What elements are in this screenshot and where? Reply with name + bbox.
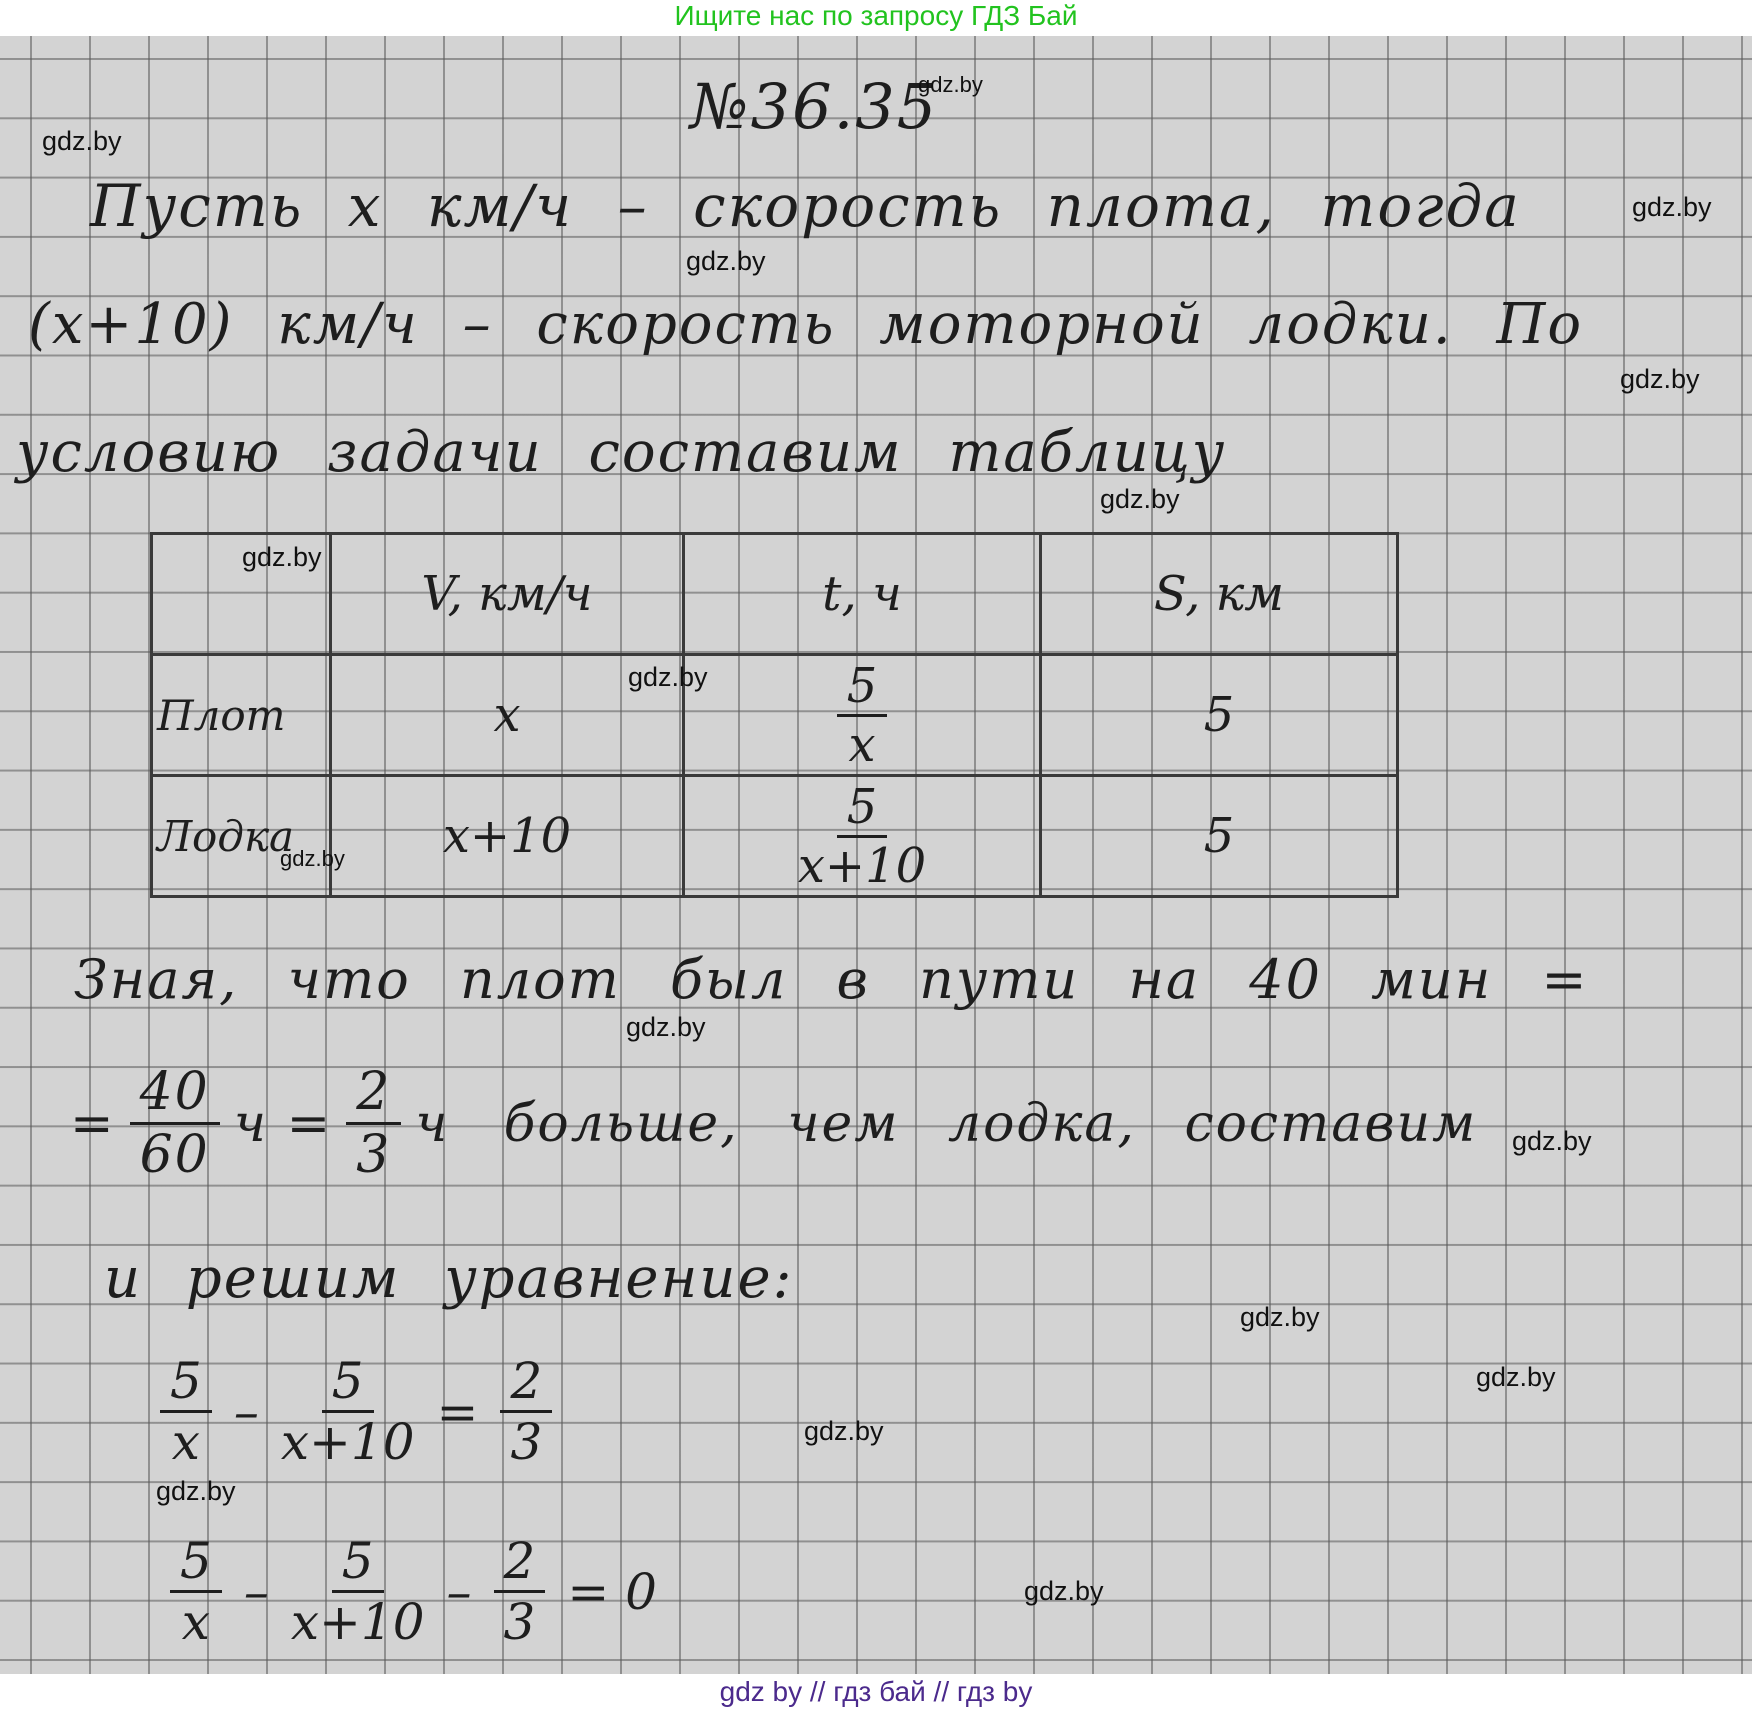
watermark: gdz.by [1240, 1302, 1320, 1333]
row-label: Плот [152, 655, 331, 776]
numerator: 5 [160, 1356, 212, 1413]
top-banner: Ищите нас по запросу ГДЗ Бай [0, 0, 1752, 36]
operator: – [234, 1383, 259, 1441]
numerator: 2 [494, 1536, 546, 1593]
solution-line-4: Зная, что плот был в пути на 40 мин = [74, 948, 1589, 1011]
numerator: 2 [500, 1356, 552, 1413]
denominator: x [848, 717, 875, 769]
fraction: 5 x [837, 662, 888, 769]
numerator: 5 [332, 1536, 384, 1593]
watermark: gdz.by [156, 1476, 236, 1507]
denominator: x+10 [281, 1413, 415, 1467]
notebook-page-scan: №36.35 Пусть x км/ч – скорость плота, то… [0, 36, 1752, 1674]
operator: – [244, 1563, 269, 1621]
watermark: gdz.by [1620, 364, 1700, 395]
fraction: 5 x [170, 1536, 222, 1647]
distance-cell: 5 [1041, 776, 1398, 897]
denominator: x [172, 1413, 200, 1467]
solution-line-5: = 40 60 ч = 2 3 ч больше, чем лодка, сос… [70, 1066, 1477, 1181]
numerator: 2 [346, 1066, 401, 1125]
watermark: gdz.by [1512, 1126, 1592, 1157]
fraction: 5 x+10 [798, 783, 926, 890]
equation-2: 5 x – 5 x+10 – 2 3 = 0 [170, 1536, 657, 1647]
time-cell: 5 x+10 [684, 776, 1041, 897]
watermark: gdz.by [626, 1012, 706, 1043]
watermark: gdz.by [1632, 192, 1712, 223]
table-header-cell: t, ч [684, 534, 1041, 655]
fraction: 5 x+10 [281, 1356, 415, 1467]
numerator: 5 [322, 1356, 374, 1413]
operator: = [437, 1383, 479, 1441]
equals-sign: = [70, 1094, 116, 1154]
watermark: gdz.by [628, 662, 708, 693]
unit-text: ч = [234, 1094, 332, 1154]
table-header-cell: S, км [1041, 534, 1398, 655]
denominator: x [182, 1593, 210, 1647]
distance-cell: 5 [1041, 655, 1398, 776]
watermark: gdz.by [280, 846, 345, 872]
numerator: 40 [130, 1066, 220, 1125]
unit-text: ч [415, 1094, 449, 1154]
watermark: gdz.by [1476, 1362, 1556, 1393]
denominator: 3 [356, 1125, 391, 1181]
table-header-row: V, км/ч t, ч S, км [152, 534, 1398, 655]
table-header-cell: V, км/ч [331, 534, 684, 655]
denominator: x+10 [291, 1593, 425, 1647]
solution-line-3: условию задачи составим таблицу [16, 420, 1226, 485]
watermark: gdz.by [1100, 484, 1180, 515]
equation-1: 5 x – 5 x+10 = 2 3 [160, 1356, 552, 1467]
watermark: gdz.by [242, 542, 322, 573]
fraction: 40 60 [130, 1066, 220, 1181]
denominator: 3 [504, 1593, 536, 1647]
equals-zero: = 0 [567, 1563, 657, 1621]
solution-line-2: (x+10) км/ч – скорость моторной лодки. П… [28, 292, 1583, 357]
watermark: gdz.by [42, 126, 122, 157]
time-cell: 5 x [684, 655, 1041, 776]
exercise-number: №36.35 [690, 70, 938, 143]
line-text: больше, чем лодка, составим [504, 1094, 1478, 1154]
fraction: 2 3 [346, 1066, 401, 1181]
denominator: 60 [140, 1125, 210, 1181]
numerator: 5 [837, 662, 888, 717]
watermark: gdz.by [918, 72, 983, 98]
operator: – [447, 1563, 472, 1621]
bottom-banner: gdz by // гдз бай // гдз by [0, 1674, 1752, 1710]
solution-line-1: Пусть x км/ч – скорость плота, тогда [90, 172, 1521, 240]
row-label: Лодка [152, 776, 331, 897]
numerator: 5 [170, 1536, 222, 1593]
denominator: 3 [510, 1413, 542, 1467]
data-table: V, км/ч t, ч S, км Плот x 5 x 5 Лодка x+… [150, 532, 1399, 898]
numerator: 5 [837, 783, 888, 838]
table-row: Лодка x+10 5 x+10 5 [152, 776, 1398, 897]
fraction: 5 x+10 [291, 1536, 425, 1647]
fraction: 5 x [160, 1356, 212, 1467]
solution-line-6: и решим уравнение: [104, 1246, 794, 1311]
fraction: 2 3 [494, 1536, 546, 1647]
table-row: Плот x 5 x 5 [152, 655, 1398, 776]
fraction: 2 3 [500, 1356, 552, 1467]
watermark: gdz.by [804, 1416, 884, 1447]
denominator: x+10 [798, 838, 926, 890]
watermark: gdz.by [1024, 1576, 1104, 1607]
watermark: gdz.by [686, 246, 766, 277]
speed-cell: x+10 [331, 776, 684, 897]
